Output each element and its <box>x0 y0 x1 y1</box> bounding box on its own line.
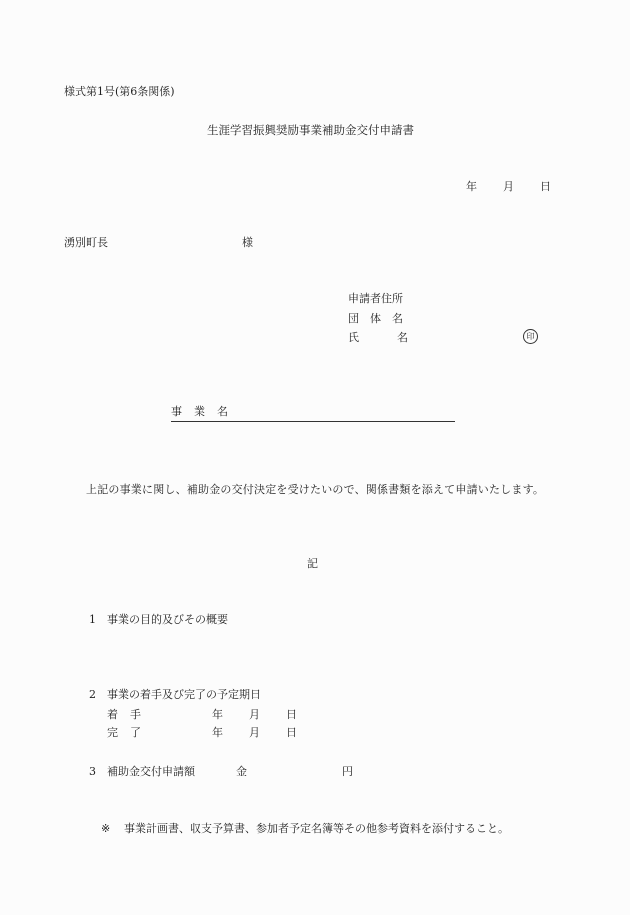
item-number: 3 <box>89 765 96 779</box>
ki-heading: 記 <box>307 557 318 571</box>
end-label-char: 了 <box>130 726 141 739</box>
start-label-char: 着 <box>107 708 118 721</box>
seal-mark: 印 <box>523 329 538 344</box>
seal-icon: 印 <box>523 329 538 344</box>
applicant-address-label: 申請者住所 <box>348 292 403 306</box>
date-year-label: 年 <box>466 180 477 194</box>
addressee-name: 湧別町長 <box>64 236 108 250</box>
start-month-label: 月 <box>249 708 260 722</box>
start-day-label: 日 <box>286 708 297 722</box>
note-text: 事業計画書、収支予算書、参加者予定名簿等その他参考資料を添付すること。 <box>124 822 509 836</box>
end-month-label: 月 <box>249 726 260 740</box>
form-number: 様式第1号(第6条関係) <box>64 85 175 99</box>
document-title: 生涯学習振興奨励事業補助金交付申請書 <box>207 123 414 137</box>
end-label-char: 完 <box>107 726 118 739</box>
applicant-group-label: 団体名 <box>348 312 403 326</box>
date-day-label: 日 <box>540 180 551 194</box>
end-day-label: 日 <box>286 726 297 740</box>
start-label-char: 手 <box>130 708 141 721</box>
item-number: 2 <box>89 688 96 702</box>
amount-prefix: 金 <box>236 765 247 779</box>
end-label: 完了 <box>107 726 141 740</box>
project-label-char: 業 <box>194 405 205 418</box>
group-label-char: 体 <box>370 312 381 325</box>
item-label: 事業の目的及びその概要 <box>107 613 228 627</box>
group-label-char: 団 <box>348 312 359 325</box>
project-name-field: 事業名 <box>171 405 455 422</box>
addressee-honorific: 様 <box>242 236 253 250</box>
name-label-char: 氏 <box>348 331 359 344</box>
start-label: 着手 <box>107 708 141 722</box>
reference-mark-icon: ※ <box>101 822 110 836</box>
end-year-label: 年 <box>212 726 223 740</box>
project-name-underline[interactable]: 事業名 <box>171 405 455 422</box>
item-number: 1 <box>89 613 96 627</box>
item-label: 補助金交付申請額 <box>107 765 195 779</box>
start-year-label: 年 <box>212 708 223 722</box>
project-label-char: 名 <box>217 405 228 418</box>
amount-unit: 円 <box>342 765 353 779</box>
item-label: 事業の着手及び完了の予定期日 <box>107 688 261 702</box>
name-label-char: 名 <box>397 331 408 344</box>
group-label-char: 名 <box>392 312 403 325</box>
project-label-char: 事 <box>171 405 182 418</box>
applicant-name-label: 氏名 <box>348 331 408 345</box>
body-paragraph: 上記の事業に関し、補助金の交付決定を受けたいので、関係書類を添えて申請いたします… <box>64 480 552 499</box>
date-month-label: 月 <box>503 180 514 194</box>
